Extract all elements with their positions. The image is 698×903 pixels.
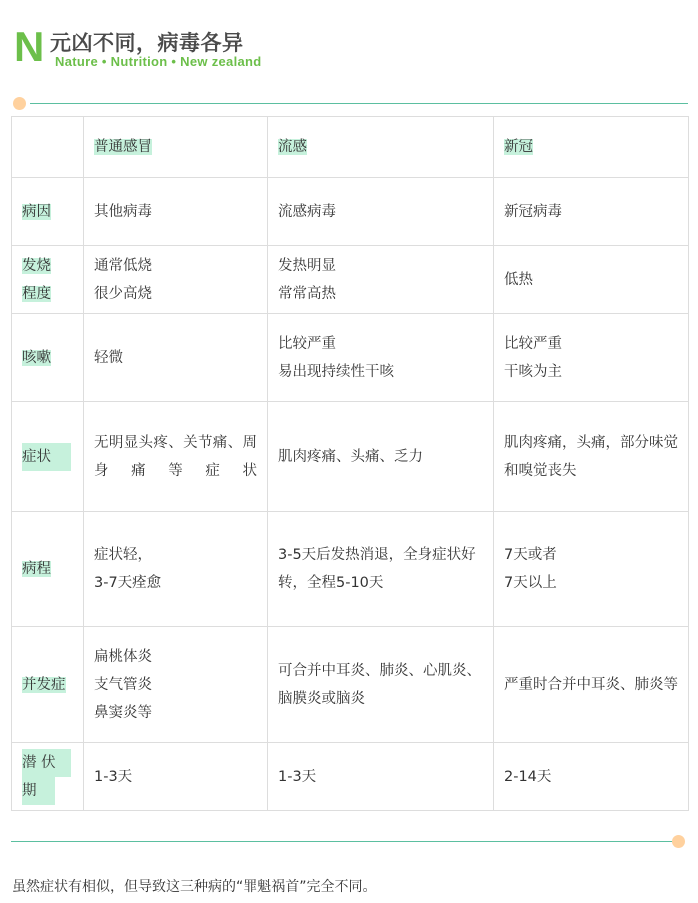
cell-text: 支气管炎 xyxy=(94,671,257,699)
header-cell-cold: 普通感冒 xyxy=(84,117,268,178)
row-label-cell: 咳嗽 xyxy=(12,314,84,402)
cell-text: 新冠病毒 xyxy=(504,198,678,226)
cell-text: 发热明显 xyxy=(278,252,483,280)
cell-text: 肌肉疼痛、头痛、乏力 xyxy=(278,443,483,471)
cell-covid: 7天或者 7天以上 xyxy=(494,512,689,627)
table-row-course: 病程 症状轻， 3-7天痊愈 3-5天后发热消退，全身症状好转，全程5-10天 … xyxy=(12,512,689,627)
cell-text: 常常高热 xyxy=(278,280,483,308)
cell-flu: 肌肉疼痛、头痛、乏力 xyxy=(268,402,494,512)
cell-flu: 1-3天 xyxy=(268,743,494,811)
row-label: 咳嗽 xyxy=(22,350,51,366)
cell-flu: 发热明显 常常高热 xyxy=(268,246,494,314)
cell-text: 1-3天 xyxy=(94,763,257,791)
cell-text: 易出现持续性干咳 xyxy=(278,358,483,386)
header-cell-covid: 新冠 xyxy=(494,117,689,178)
cell-covid: 新冠病毒 xyxy=(494,178,689,246)
table-row-cough: 咳嗽 轻微 比较严重 易出现持续性干咳 比较严重 干咳为主 xyxy=(12,314,689,402)
cell-text: 可合并中耳炎、肺炎、心肌炎、脑膜炎或脑炎 xyxy=(278,657,483,713)
table-row-cause: 病因 其他病毒 流感病毒 新冠病毒 xyxy=(12,178,689,246)
cell-cold: 扁桃体炎 支气管炎 鼻窦炎等 xyxy=(84,627,268,743)
row-label-cell: 并发症 xyxy=(12,627,84,743)
cell-text: 通常低烧 xyxy=(94,252,257,280)
cell-text: 3-7天痊愈 xyxy=(94,569,257,597)
cell-text: 7天或者 xyxy=(504,541,678,569)
cell-text: 比较严重 xyxy=(278,330,483,358)
table-row-complications: 并发症 扁桃体炎 支气管炎 鼻窦炎等 可合并中耳炎、肺炎、心肌炎、脑膜炎或脑炎 … xyxy=(12,627,689,743)
cell-flu: 3-5天后发热消退，全身症状好转，全程5-10天 xyxy=(268,512,494,627)
cell-text: 3-5天后发热消退，全身症状好转，全程5-10天 xyxy=(278,541,483,597)
row-label: 并发症 xyxy=(22,677,66,693)
cell-text: 严重时合并中耳炎、肺炎等 xyxy=(504,671,678,699)
cell-text: 肌肉疼痛，头痛，部分味觉和嗅觉丧失 xyxy=(504,429,678,485)
cell-text: 7天以上 xyxy=(504,569,678,597)
table-header-row: 普通感冒 流感 新冠 xyxy=(12,117,689,178)
header-cell-flu: 流感 xyxy=(268,117,494,178)
cell-text: 无明显头疼、关节痛、周身痛等症状 xyxy=(94,429,257,485)
cell-covid: 严重时合并中耳炎、肺炎等 xyxy=(494,627,689,743)
cell-text: 干咳为主 xyxy=(504,358,678,386)
column-header-label: 普通感冒 xyxy=(94,139,152,155)
row-label: 程度 xyxy=(22,286,51,302)
row-label-cell: 病因 xyxy=(12,178,84,246)
cell-text: 鼻窦炎等 xyxy=(94,699,257,727)
column-header-label: 新冠 xyxy=(504,139,533,155)
divider-dot-icon xyxy=(672,835,685,848)
cell-cold: 轻微 xyxy=(84,314,268,402)
cell-text: 扁桃体炎 xyxy=(94,643,257,671)
cell-text: 1-3天 xyxy=(278,763,483,791)
brand-logo-letter: N xyxy=(14,26,44,68)
cell-flu: 流感病毒 xyxy=(268,178,494,246)
row-label-cell: 症状 xyxy=(12,402,84,512)
row-label: 病因 xyxy=(22,204,51,220)
cell-cold: 1-3天 xyxy=(84,743,268,811)
row-label: 期 xyxy=(22,777,55,805)
bottom-divider xyxy=(11,841,673,842)
header-cell-empty xyxy=(12,117,84,178)
cell-text: 比较严重 xyxy=(504,330,678,358)
cell-flu: 比较严重 易出现持续性干咳 xyxy=(268,314,494,402)
cell-covid: 肌肉疼痛，头痛，部分味觉和嗅觉丧失 xyxy=(494,402,689,512)
cell-covid: 低热 xyxy=(494,246,689,314)
brand-tagline: Nature • Nutrition • New zealand xyxy=(55,54,262,69)
cell-text: 其他病毒 xyxy=(94,198,257,226)
cell-covid: 2-14天 xyxy=(494,743,689,811)
row-label: 发烧 xyxy=(22,258,51,274)
cell-covid: 比较严重 干咳为主 xyxy=(494,314,689,402)
column-header-label: 流感 xyxy=(278,139,307,155)
row-label: 潜 伏 xyxy=(22,749,71,777)
row-label-cell: 发烧 程度 xyxy=(12,246,84,314)
table-row-symptoms: 症状 无明显头疼、关节痛、周身痛等症状 肌肉疼痛、头痛、乏力 肌肉疼痛，头痛，部… xyxy=(12,402,689,512)
top-divider xyxy=(30,103,688,104)
comparison-table: 普通感冒 流感 新冠 病因 其他病毒 流感病毒 新冠病毒 发烧 程度 通常低烧 … xyxy=(11,116,689,811)
row-label-cell: 潜 伏 期 xyxy=(12,743,84,811)
divider-dot-icon xyxy=(13,97,26,110)
table-row-incubation: 潜 伏 期 1-3天 1-3天 2-14天 xyxy=(12,743,689,811)
row-label-cell: 病程 xyxy=(12,512,84,627)
cell-text: 很少高烧 xyxy=(94,280,257,308)
cell-cold: 其他病毒 xyxy=(84,178,268,246)
cell-flu: 可合并中耳炎、肺炎、心肌炎、脑膜炎或脑炎 xyxy=(268,627,494,743)
cell-text: 轻微 xyxy=(94,344,257,372)
cell-cold: 通常低烧 很少高烧 xyxy=(84,246,268,314)
row-label: 病程 xyxy=(22,561,51,577)
summary-caption: 虽然症状有相似，但导致这三种病的“罪魁祸首”完全不同。 xyxy=(12,876,377,896)
section-title: 元凶不同，病毒各异 xyxy=(50,27,244,57)
cell-text: 流感病毒 xyxy=(278,198,483,226)
row-label: 症状 xyxy=(22,443,71,471)
cell-text: 低热 xyxy=(504,266,678,294)
table-row-fever: 发烧 程度 通常低烧 很少高烧 发热明显 常常高热 低热 xyxy=(12,246,689,314)
cell-text: 2-14天 xyxy=(504,763,678,791)
cell-text: 症状轻， xyxy=(94,541,257,569)
cell-cold: 症状轻， 3-7天痊愈 xyxy=(84,512,268,627)
cell-cold: 无明显头疼、关节痛、周身痛等症状 xyxy=(84,402,268,512)
